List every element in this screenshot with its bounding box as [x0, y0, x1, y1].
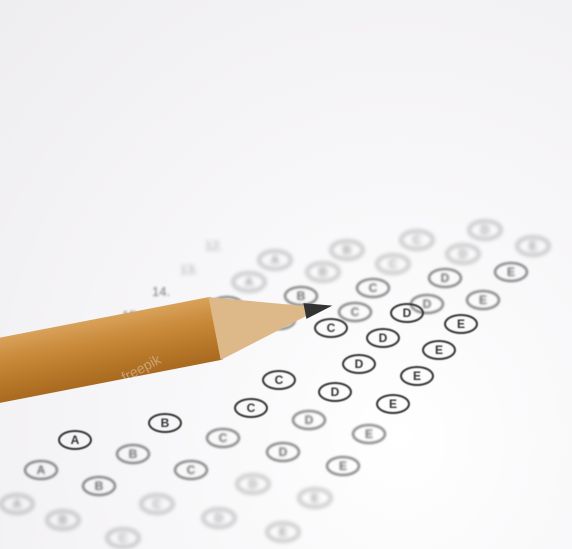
bubble: D: [266, 442, 300, 462]
bubble: B: [46, 510, 80, 530]
bubble: E: [266, 522, 300, 542]
bubble: D: [446, 244, 480, 264]
row-number: 12.: [205, 238, 223, 253]
bubble: A: [58, 430, 92, 450]
bubble: D: [428, 268, 462, 288]
bubble: C: [400, 230, 434, 250]
bubble: A: [24, 460, 58, 480]
bubble: A: [0, 494, 34, 514]
bubble: C: [234, 398, 268, 418]
bubble: C: [140, 494, 174, 514]
bubble: D: [468, 220, 502, 240]
bubble: C: [262, 370, 296, 390]
bubble: E: [494, 262, 528, 282]
bubble: D: [236, 474, 270, 494]
bubble: E: [326, 456, 360, 476]
bubble: E: [400, 366, 434, 386]
bubble: E: [352, 424, 386, 444]
bubble: C: [106, 528, 140, 548]
bubble: B: [148, 413, 182, 433]
row-number: 13.: [180, 262, 198, 277]
bubble: C: [174, 460, 208, 480]
bubble: B: [116, 444, 150, 464]
bubble: E: [516, 236, 550, 256]
bubble: E: [466, 290, 500, 310]
bubble: D: [318, 382, 352, 402]
answer-sheet-photo: 12. 13. A B C D A B C D E 14. 15. A B C …: [0, 0, 572, 549]
bubble: D: [292, 410, 326, 430]
bubble: E: [422, 340, 456, 360]
bubble: D: [390, 303, 424, 323]
bubble: D: [342, 354, 376, 374]
bubble: D: [366, 328, 400, 348]
bubble: E: [444, 314, 478, 334]
bubble: B: [82, 476, 116, 496]
bubble: C: [376, 254, 410, 274]
bubble: C: [206, 428, 240, 448]
bubble: E: [298, 488, 332, 508]
bubble: D: [202, 508, 236, 528]
bubble: E: [376, 394, 410, 414]
